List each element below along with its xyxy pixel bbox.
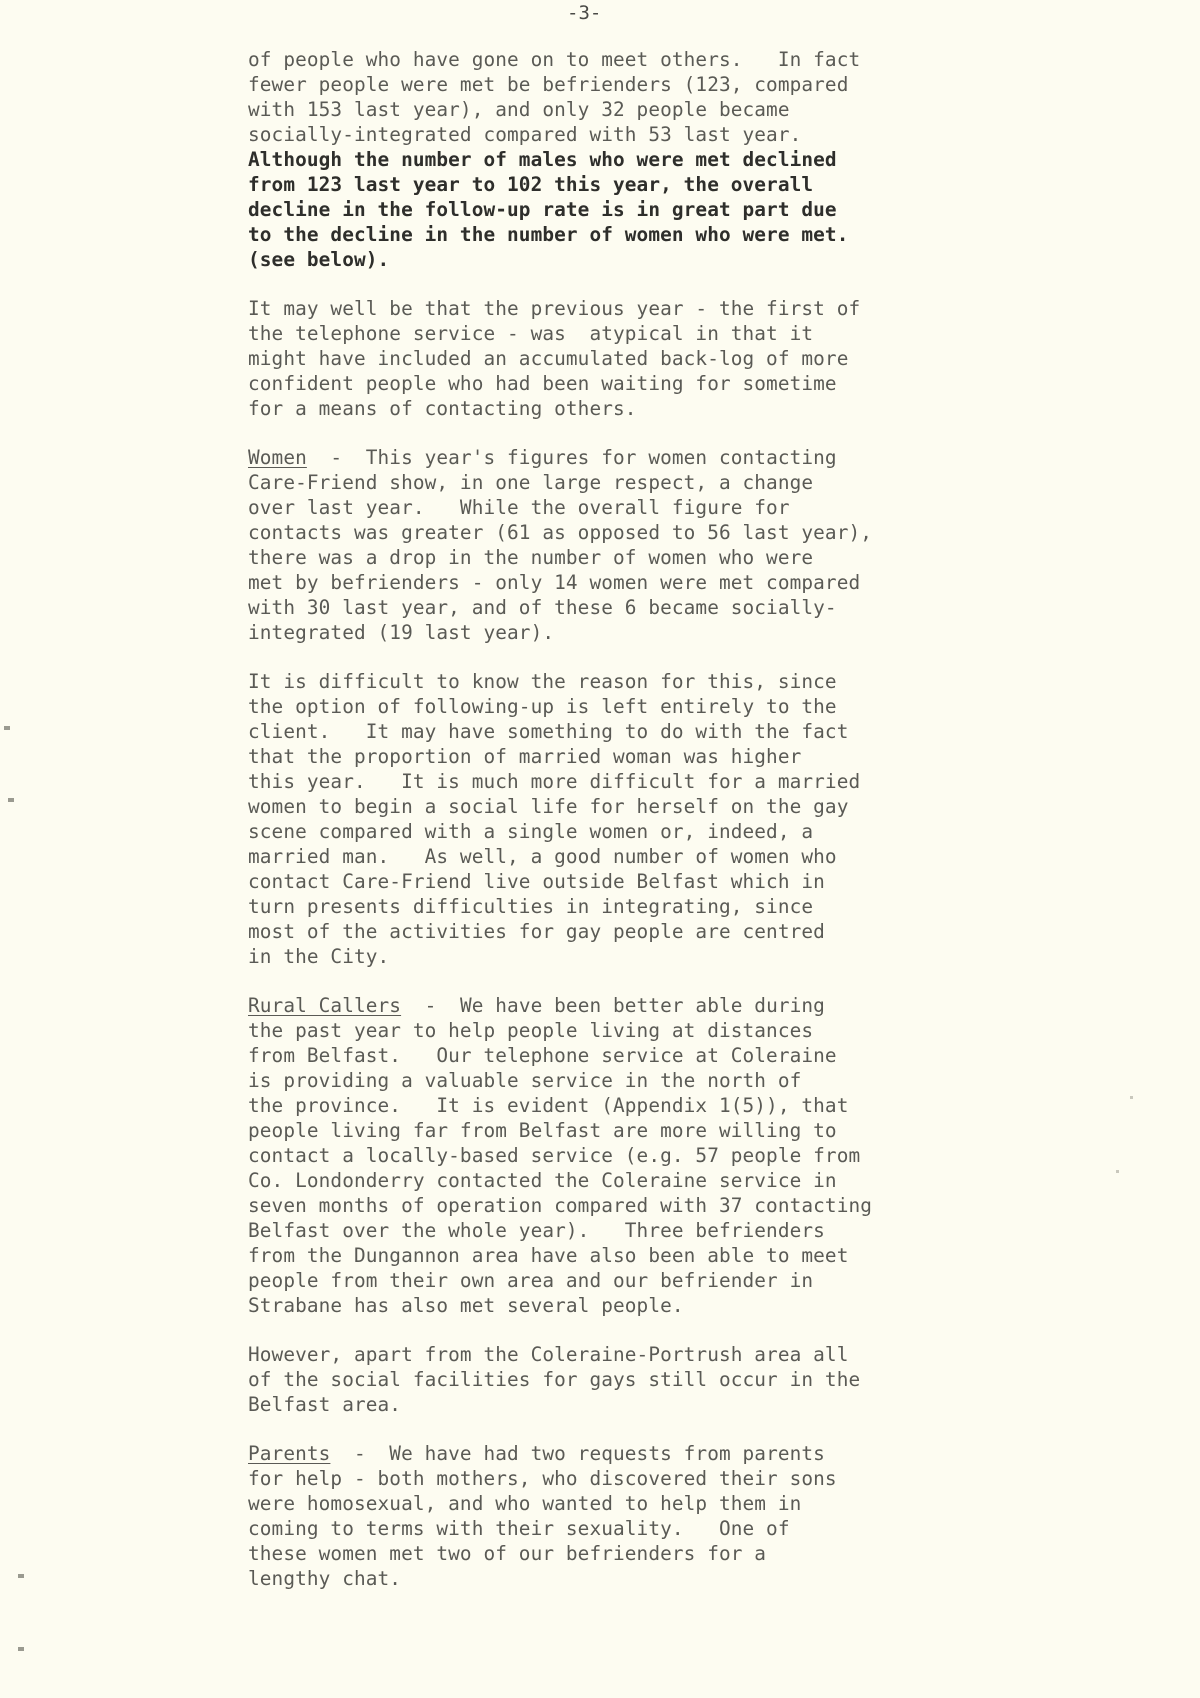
text-line: people living far from Belfast are more … [248, 1119, 837, 1142]
text-line: the option of following-up is left entir… [248, 695, 837, 718]
text-line: contact a locally-based service (e.g. 57… [248, 1144, 860, 1167]
emphasized-text-line: decline in the follow-up rate is in grea… [248, 198, 837, 221]
text-line: the telephone service - was atypical in … [248, 322, 813, 345]
text-line: fewer people were met be befrienders (12… [248, 73, 848, 96]
text-line: integrated (19 last year). [248, 621, 554, 644]
document-body: of people who have gone on to meet other… [248, 47, 1048, 1615]
text-line: scene compared with a single women or, i… [248, 820, 813, 843]
text-line: confident people who had been waiting fo… [248, 372, 837, 395]
text-line: with 30 last year, and of these 6 became… [248, 596, 837, 619]
text-line: - This year's figures for women contacti… [307, 446, 837, 469]
text-line: from Belfast. Our telephone service at C… [248, 1044, 837, 1067]
margin-punch-mark [18, 1647, 24, 1651]
text-line: most of the activities for gay people ar… [248, 920, 825, 943]
text-line: lengthy chat. [248, 1567, 401, 1590]
paper-speck [1116, 1170, 1119, 1173]
section-heading: Women [248, 446, 307, 469]
text-line: coming to terms with their sexuality. On… [248, 1517, 790, 1540]
text-line: is providing a valuable service in the n… [248, 1069, 801, 1092]
text-line: women to begin a social life for herself… [248, 795, 848, 818]
text-line: contact Care-Friend live outside Belfast… [248, 870, 825, 893]
text-line: Care-Friend show, in one large respect, … [248, 471, 813, 494]
text-line: might have included an accumulated back-… [248, 347, 848, 370]
text-line: there was a drop in the number of women … [248, 546, 813, 569]
margin-punch-mark [18, 1574, 24, 1578]
text-line: were homosexual, and who wanted to help … [248, 1492, 801, 1515]
text-line: Belfast over the whole year). Three befr… [248, 1219, 825, 1242]
paragraph-coleraine-portrush: However, apart from the Coleraine-Portru… [248, 1342, 1048, 1417]
section-heading: Parents [248, 1442, 330, 1465]
margin-punch-mark [8, 798, 14, 802]
text-line: - We have had two requests from parents [330, 1442, 825, 1465]
text-line: of people who have gone on to meet other… [248, 48, 860, 71]
text-line: client. It may have something to do with… [248, 720, 848, 743]
text-line: over last year. While the overall figure… [248, 496, 790, 519]
text-line: Strabane has also met several people. [248, 1294, 684, 1317]
text-line: the province. It is evident (Appendix 1(… [248, 1094, 848, 1117]
emphasized-text-line: (see below). [248, 248, 389, 271]
text-line: socially-integrated compared with 53 las… [248, 123, 801, 146]
text-line: for a means of contacting others. [248, 397, 637, 420]
text-line: this year. It is much more difficult for… [248, 770, 860, 793]
paragraph-women: Women - This year's figures for women co… [248, 445, 1048, 645]
text-line: seven months of operation compared with … [248, 1194, 872, 1217]
text-line: in the City. [248, 945, 389, 968]
text-line: - We have been better able during [401, 994, 825, 1017]
text-line: people from their own area and our befri… [248, 1269, 813, 1292]
text-line: that the proportion of married woman was… [248, 745, 801, 768]
text-line: married man. As well, a good number of w… [248, 845, 837, 868]
emphasized-text-line: from 123 last year to 102 this year, the… [248, 173, 813, 196]
section-heading: Rural Callers [248, 994, 401, 1017]
paragraph-difficult-reason: It is difficult to know the reason for t… [248, 669, 1048, 969]
text-line: of the social facilities for gays still … [248, 1368, 860, 1391]
paragraph-parents: Parents - We have had two requests from … [248, 1441, 1048, 1591]
paragraph-rural-callers: Rural Callers - We have been better able… [248, 993, 1048, 1318]
paragraph-previous-year: It may well be that the previous year - … [248, 296, 1048, 421]
text-line: for help - both mothers, who discovered … [248, 1467, 837, 1490]
text-line: these women met two of our befrienders f… [248, 1542, 766, 1565]
text-line: from the Dungannon area have also been a… [248, 1244, 848, 1267]
text-line: met by befrienders - only 14 women were … [248, 571, 860, 594]
margin-punch-mark [4, 726, 10, 730]
text-line: turn presents difficulties in integratin… [248, 895, 813, 918]
text-line: It is difficult to know the reason for t… [248, 670, 837, 693]
text-line: the past year to help people living at d… [248, 1019, 813, 1042]
text-line: It may well be that the previous year - … [248, 297, 860, 320]
emphasized-text-line: to the decline in the number of women wh… [248, 223, 848, 246]
emphasized-text-line: Although the number of males who were me… [248, 148, 837, 171]
paragraph-follow-up-intro: of people who have gone on to meet other… [248, 47, 1048, 272]
text-line: Co. Londonderry contacted the Coleraine … [248, 1169, 837, 1192]
text-line: with 153 last year), and only 32 people … [248, 98, 790, 121]
paper-speck [1130, 1096, 1133, 1099]
text-line: However, apart from the Coleraine-Portru… [248, 1343, 848, 1366]
text-line: Belfast area. [248, 1393, 401, 1416]
page-number: -3- [567, 2, 601, 24]
text-line: contacts was greater (61 as opposed to 5… [248, 521, 872, 544]
